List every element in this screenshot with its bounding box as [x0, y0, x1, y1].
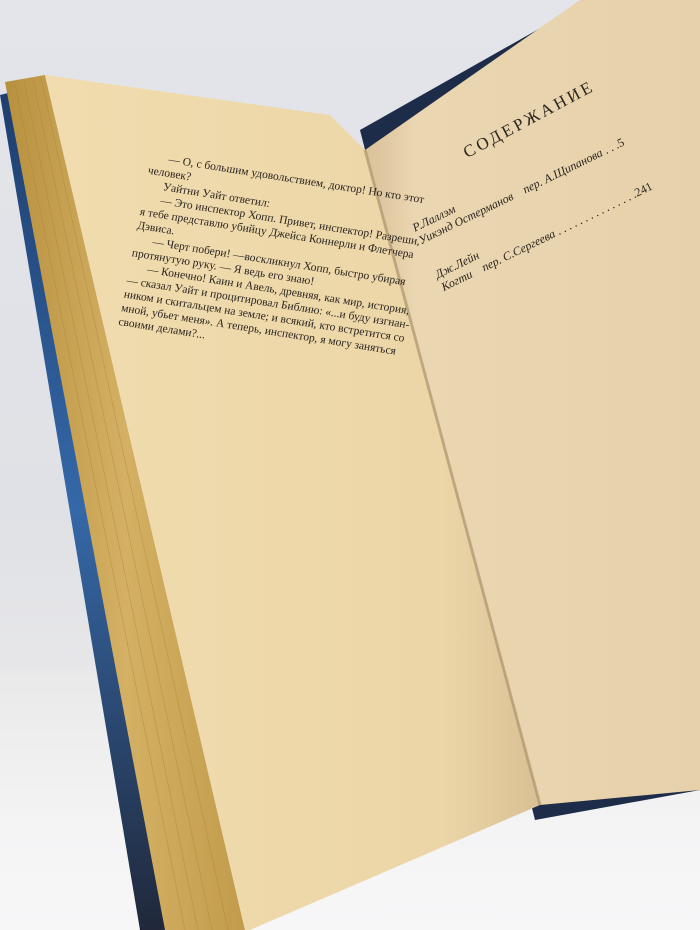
photo-scene: — О, с большим удовольствием, доктор! Но… — [0, 0, 700, 930]
